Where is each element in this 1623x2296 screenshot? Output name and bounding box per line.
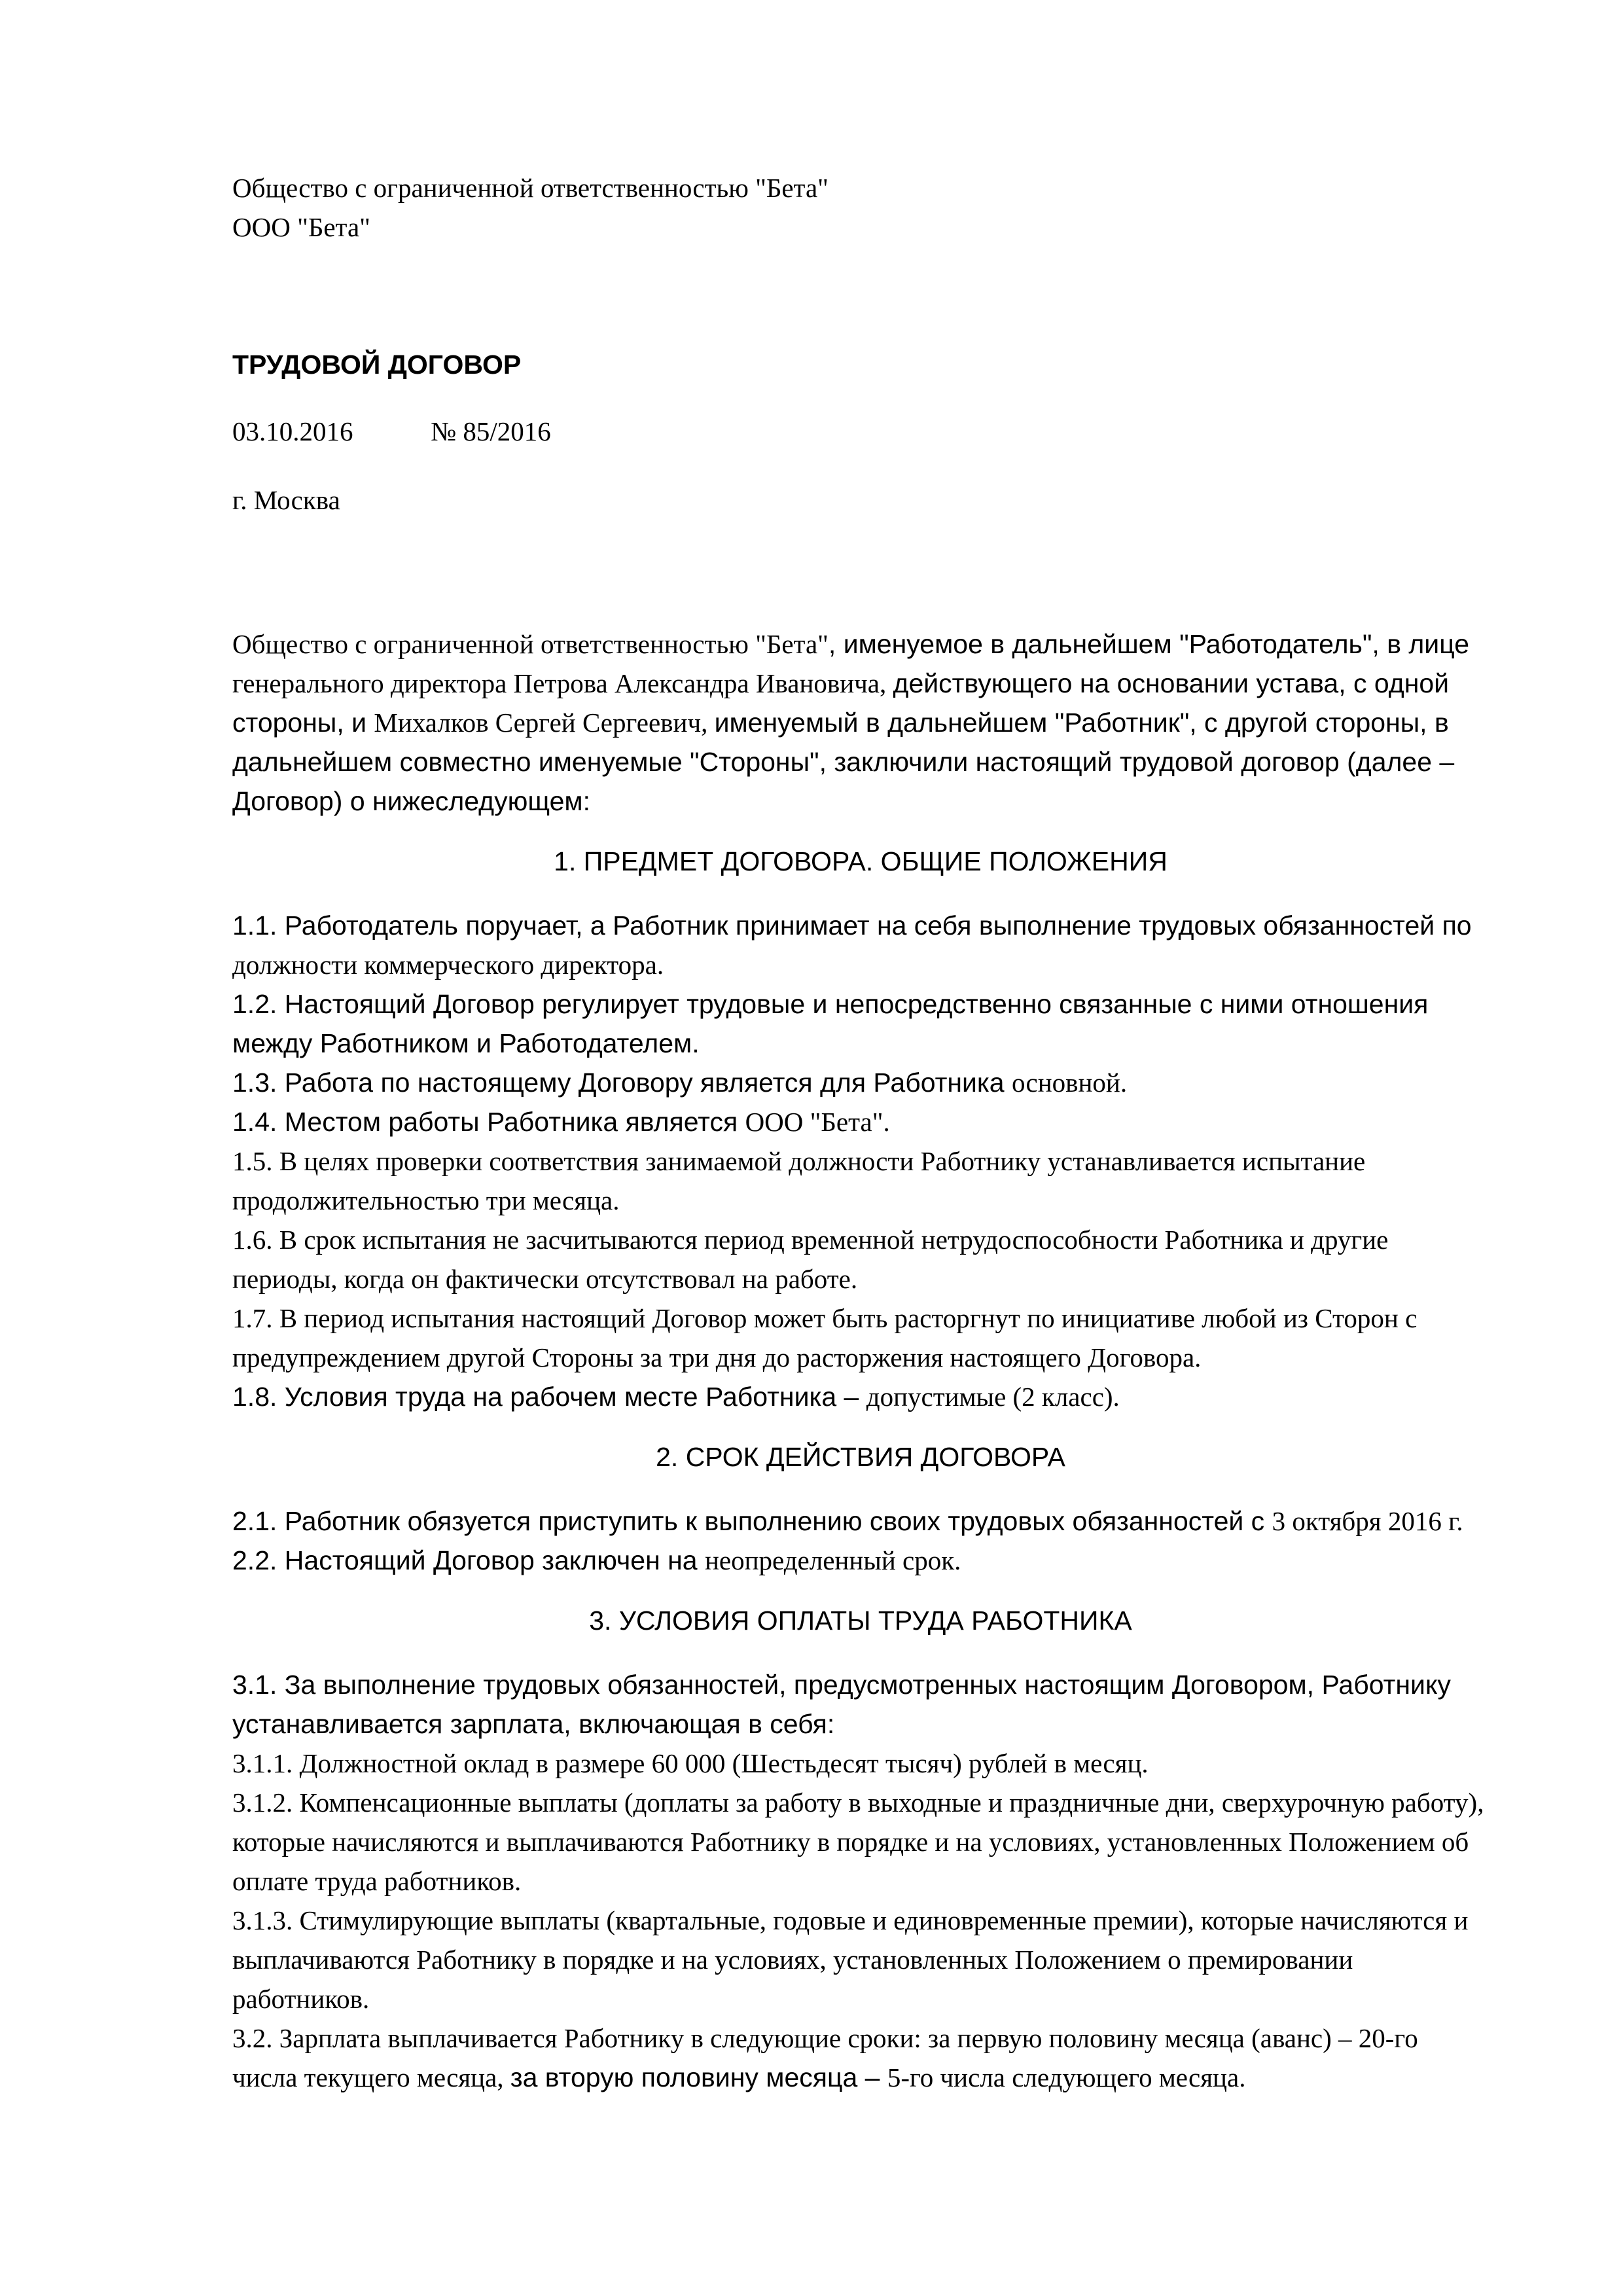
paragraph: 2.1. Работник обязуется приступить к вып…	[232, 1501, 1489, 1541]
paragraph: 1.2. Настоящий Договор регулирует трудов…	[232, 984, 1489, 1063]
paragraph: Общество с ограниченной ответственностью…	[232, 624, 1489, 821]
paragraph: 1.1. Работодатель поручает, а Работник п…	[232, 906, 1489, 984]
paragraph: 1.7. В период испытания настоящий Догово…	[232, 1299, 1489, 1377]
text-run-sans: 1.1. Работодатель поручает, а Работник п…	[232, 910, 1472, 941]
document-title: ТРУДОВОЙ ДОГОВОР	[232, 345, 1489, 384]
paragraph: 1.6. В срок испытания не засчитываются п…	[232, 1220, 1489, 1299]
text-run-sans: 3.1. За выполнение трудовых обязанностей…	[232, 1670, 1451, 1739]
city: г. Москва	[232, 480, 1489, 520]
text-run-sans: 2.2. Настоящий Договор заключен на	[232, 1545, 705, 1575]
paragraph: 3.2. Зарплата выплачивается Работнику в …	[232, 2018, 1489, 2097]
text-run-serif: ООО "Бета".	[745, 1107, 890, 1137]
document-content: Общество с ограниченной ответственностью…	[232, 624, 1489, 2097]
date-number-line: 03.10.2016№ 85/2016	[232, 412, 1489, 451]
text-run-sans: , именуемое в дальнейшем "Работодатель",…	[829, 629, 1469, 659]
paragraph: 2.2. Настоящий Договор заключен на неопр…	[232, 1541, 1489, 1580]
section-heading: 3. УСЛОВИЯ ОПЛАТЫ ТРУДА РАБОТНИКА	[232, 1601, 1489, 1640]
paragraph: 1.8. Условия труда на рабочем месте Рабо…	[232, 1377, 1489, 1416]
text-run-serif: 1.6. В срок испытания не засчитываются п…	[232, 1225, 1388, 1294]
text-run-serif: Общество с ограниченной ответственностью…	[232, 629, 829, 659]
text-run-serif: 3 октября 2016 г.	[1272, 1506, 1463, 1536]
paragraph: 1.3. Работа по настоящему Договору являе…	[232, 1063, 1489, 1102]
text-run-sans: 1.4. Местом работы Работника является	[232, 1107, 745, 1137]
text-run-sans: 1.2. Настоящий Договор регулирует трудов…	[232, 989, 1428, 1058]
paragraph: 3.1.1. Должностной оклад в размере 60 00…	[232, 1744, 1489, 1783]
text-run-serif: 3.1.1. Должностной оклад в размере 60 00…	[232, 1748, 1149, 1778]
text-run-serif: Михалков Сергей Сергеевич,	[374, 708, 714, 738]
contract-document: Общество с ограниченной ответственностью…	[0, 0, 1623, 2097]
text-run-serif: неопределенный срок.	[705, 1545, 961, 1575]
text-run-serif: должности коммерческого директора.	[232, 950, 664, 980]
company-short-name: ООО "Бета"	[232, 207, 1489, 247]
text-run-serif: генерального директора Петрова Александр…	[232, 668, 893, 698]
contract-number: № 85/2016	[431, 416, 551, 446]
paragraph: 1.5. В целях проверки соответствия заним…	[232, 1141, 1489, 1220]
letterhead: Общество с ограниченной ответственностью…	[232, 168, 1489, 247]
text-run-serif: 1.7. В период испытания настоящий Догово…	[232, 1303, 1417, 1372]
text-run-sans: 2.1. Работник обязуется приступить к вып…	[232, 1506, 1272, 1536]
section-heading: 1. ПРЕДМЕТ ДОГОВОРА. ОБЩИЕ ПОЛОЖЕНИЯ	[232, 842, 1489, 881]
document-page: Общество с ограниченной ответственностью…	[0, 0, 1623, 2296]
text-run-serif: 1.5. В целях проверки соответствия заним…	[232, 1146, 1365, 1215]
text-run-sans: за вторую половину месяца –	[510, 2062, 887, 2092]
paragraph: 3.1.3. Стимулирующие выплаты (квартальны…	[232, 1901, 1489, 2018]
text-run-serif: 3.1.2. Компенсационные выплаты (доплаты …	[232, 1787, 1484, 1896]
paragraph: 1.4. Местом работы Работника является ОО…	[232, 1102, 1489, 1141]
text-run-serif: 5-го числа следующего месяца.	[887, 2062, 1246, 2092]
text-run-serif: основной.	[1012, 1067, 1127, 1098]
paragraph: 3.1.2. Компенсационные выплаты (доплаты …	[232, 1783, 1489, 1901]
paragraph: 3.1. За выполнение трудовых обязанностей…	[232, 1665, 1489, 1744]
text-run-serif: допустимые (2 класс).	[866, 1382, 1120, 1412]
section-heading: 2. СРОК ДЕЙСТВИЯ ДОГОВОРА	[232, 1437, 1489, 1477]
contract-date: 03.10.2016	[232, 412, 431, 451]
text-run-sans: 1.3. Работа по настоящему Договору являе…	[232, 1067, 1012, 1098]
text-run-serif: 3.1.3. Стимулирующие выплаты (квартальны…	[232, 1905, 1468, 2014]
text-run-sans: 1.8. Условия труда на рабочем месте Рабо…	[232, 1382, 866, 1412]
company-full-name: Общество с ограниченной ответственностью…	[232, 168, 1489, 207]
